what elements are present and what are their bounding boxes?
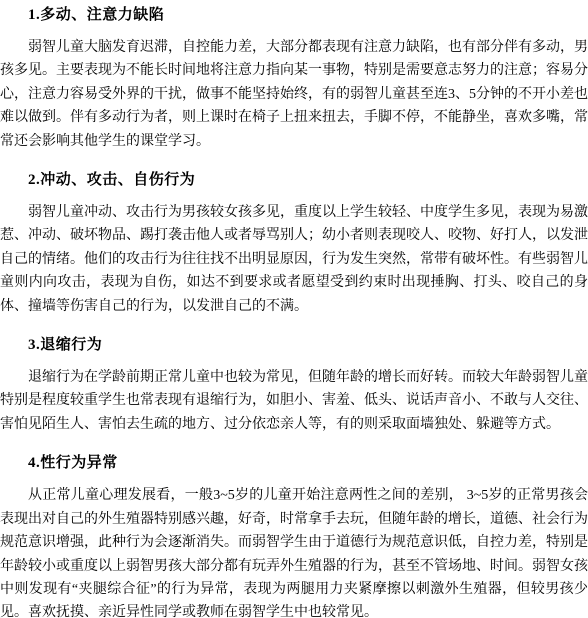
section-heading: 4.性行为异常 [0, 453, 588, 473]
section-heading: 2.冲动、攻击、自伤行为 [0, 170, 588, 190]
section-heading: 3.退缩行为 [0, 335, 588, 355]
section-withdrawal: 3.退缩行为 退缩行为在学龄前期正常儿童中也较为常见，但随年龄的增长而好转。而较… [0, 335, 588, 436]
section-hyperactivity: 1.多动、注意力缺陷 弱智儿童大脑发育迟滞，自控能力差，大部分都表现有注意力缺陷… [0, 5, 588, 153]
section-paragraph: 从正常儿童心理发展看，一般3~5岁的儿童开始注意两性之间的差别， 3~5岁的正常… [0, 484, 588, 618]
section-sexual-behavior: 4.性行为异常 从正常儿童心理发展看，一般3~5岁的儿童开始注意两性之间的差别，… [0, 453, 588, 618]
section-paragraph: 弱智儿童大脑发育迟滞，自控能力差，大部分都表现有注意力缺陷，也有部分伴有多动，男… [0, 36, 588, 153]
section-heading: 1.多动、注意力缺陷 [0, 5, 588, 25]
section-aggression: 2.冲动、攻击、自伤行为 弱智儿童冲动、攻击行为男孩较女孩多见，重度以上学生较轻… [0, 170, 588, 318]
section-paragraph: 退缩行为在学龄前期正常儿童中也较为常见，但随年龄的增长而好转。而较大年龄弱智儿童… [0, 366, 588, 436]
document: 1.多动、注意力缺陷 弱智儿童大脑发育迟滞，自控能力差，大部分都表现有注意力缺陷… [0, 0, 588, 618]
section-paragraph: 弱智儿童冲动、攻击行为男孩较女孩多见，重度以上学生较轻、中度学生多见，表现为易激… [0, 201, 588, 318]
